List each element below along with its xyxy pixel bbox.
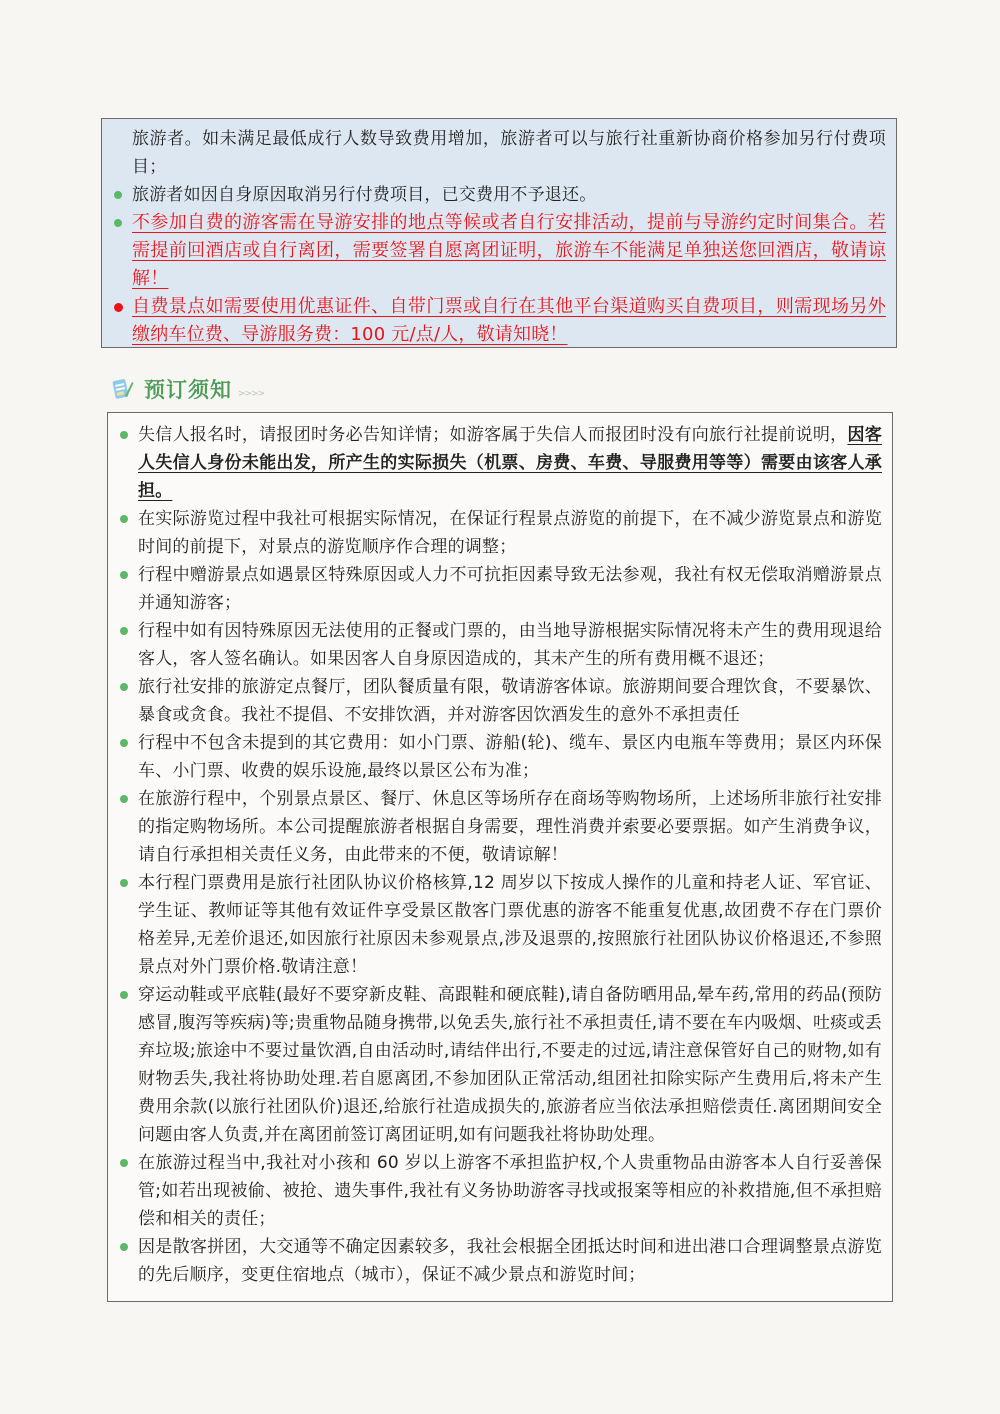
green-bullet-icon xyxy=(114,191,122,199)
list-item: 旅行社安排的旅游定点餐厅，团队餐质量有限，敬请游客体谅。旅游期间要合理饮食，不要… xyxy=(118,673,882,729)
list-item-warning: 不参加自费的游客需在导游安排的地点等候或者自行安排活动，提前与导游约定时间集合。… xyxy=(112,209,886,293)
green-bullet-icon xyxy=(120,571,128,579)
item-text: 旅游者如因自身原因取消另行付费项目，已交费用不予退还。 xyxy=(132,185,596,205)
green-bullet-icon xyxy=(120,627,128,635)
green-bullet-icon xyxy=(120,879,128,887)
list-item: 行程中赠游景点如遇景区特殊原因或人力不可抗拒因素导致无法参观，我社有权无偿取消赠… xyxy=(118,561,882,617)
item-text: 在实际游览过程中我社可根据实际情况，在保证行程景点游览的前提下，在不减少游览景点… xyxy=(138,509,882,557)
green-bullet-icon xyxy=(120,1243,128,1251)
green-bullet-icon xyxy=(120,683,128,691)
section-title: 预订须知 xyxy=(144,374,232,404)
list-item: 因是散客拼团，大交通等不确定因素较多，我社会根据全团抵达时间和进出港口合理调整景… xyxy=(118,1233,882,1289)
list-item: 失信人报名时，请报团时务必告知详情；如游客属于失信人而报团时没有向旅行社提前说明… xyxy=(118,421,882,505)
list-item: 行程中如有因特殊原因无法使用的正餐或门票的，由当地导游根据实际情况将未产生的费用… xyxy=(118,617,882,673)
green-bullet-icon xyxy=(120,795,128,803)
list-item: 旅游者。如未满足最低成行人数导致费用增加，旅游者可以与旅行社重新协商价格参加另行… xyxy=(112,125,886,181)
list-item: 在实际游览过程中我社可根据实际情况，在保证行程景点游览的前提下，在不减少游览景点… xyxy=(118,505,882,561)
item-text: 行程中赠游景点如遇景区特殊原因或人力不可抗拒因素导致无法参观，我社有权无偿取消赠… xyxy=(138,565,882,613)
list-item: 在旅游过程当中,我社对小孩和 60 岁以上游客不承担监护权,个人贵重物品由游客本… xyxy=(118,1149,882,1233)
list-item: 行程中不包含未提到的其它费用：如小门票、游船(轮)、缆车、景区内电瓶车等费用；景… xyxy=(118,729,882,785)
list-item: 穿运动鞋或平底鞋(最好不要穿新皮鞋、高跟鞋和硬底鞋),请自备防晒用品,晕车药,常… xyxy=(118,981,882,1149)
item-text: 在旅游过程当中,我社对小孩和 60 岁以上游客不承担监护权,个人贵重物品由游客本… xyxy=(138,1153,882,1229)
item-text: 旅游者。如未满足最低成行人数导致费用增加，旅游者可以与旅行社重新协商价格参加另行… xyxy=(132,129,886,177)
list-item: 旅游者如因自身原因取消另行付费项目，已交费用不予退还。 xyxy=(112,181,886,209)
green-bullet-icon xyxy=(120,739,128,747)
item-text: 穿运动鞋或平底鞋(最好不要穿新皮鞋、高跟鞋和硬底鞋),请自备防晒用品,晕车药,常… xyxy=(138,985,882,1145)
list-item: 本行程门票费用是旅行社团队协议价格核算,12 周岁以下按成人操作的儿童和持老人证… xyxy=(118,869,882,981)
green-bullet-icon xyxy=(120,431,128,439)
item-text: 本行程门票费用是旅行社团队协议价格核算,12 周岁以下按成人操作的儿童和持老人证… xyxy=(138,873,882,977)
list-item-warning: 自费景点如需要使用优惠证件、自带门票或自行在其他平台渠道购买自费项目，则需现场另… xyxy=(112,293,886,349)
item-text: 失信人报名时，请报团时务必告知详情；如游客属于失信人而报团时没有向旅行社提前说明… xyxy=(138,425,847,445)
green-bullet-icon xyxy=(120,1159,128,1167)
green-bullet-icon xyxy=(120,515,128,523)
green-bullet-icon xyxy=(114,219,122,227)
item-text: 行程中不包含未提到的其它费用：如小门票、游船(轮)、缆车、景区内电瓶车等费用；景… xyxy=(138,733,882,781)
warning-text: 不参加自费的游客需在导游安排的地点等候或者自行安排活动，提前与导游约定时间集合。… xyxy=(132,212,886,289)
green-bullet-icon xyxy=(120,991,128,999)
list-item: 在旅游行程中，个别景点景区、餐厅、休息区等场所存在商场等购物场所，上述场所非旅行… xyxy=(118,785,882,869)
notepad-pencil-icon xyxy=(112,376,134,402)
self-pay-notes-box: 旅游者。如未满足最低成行人数导致费用增加，旅游者可以与旅行社重新协商价格参加另行… xyxy=(101,118,897,348)
item-text: 旅行社安排的旅游定点餐厅，团队餐质量有限，敬请游客体谅。旅游期间要合理饮食，不要… xyxy=(138,677,882,725)
booking-notice-box: 失信人报名时，请报团时务必告知详情；如游客属于失信人而报团时没有向旅行社提前说明… xyxy=(107,412,893,1302)
item-text: 行程中如有因特殊原因无法使用的正餐或门票的，由当地导游根据实际情况将未产生的费用… xyxy=(138,621,882,669)
red-bullet-icon xyxy=(114,303,123,312)
item-text: 因是散客拼团，大交通等不确定因素较多，我社会根据全团抵达时间和进出港口合理调整景… xyxy=(138,1237,882,1285)
arrows-decoration: >>>> xyxy=(238,389,264,399)
item-text: 在旅游行程中，个别景点景区、餐厅、休息区等场所存在商场等购物场所，上述场所非旅行… xyxy=(138,789,882,865)
warning-text: 自费景点如需要使用优惠证件、自带门票或自行在其他平台渠道购买自费项目，则需现场另… xyxy=(132,296,886,345)
section-heading-booking-notice: 预订须知 >>>> xyxy=(112,372,264,406)
